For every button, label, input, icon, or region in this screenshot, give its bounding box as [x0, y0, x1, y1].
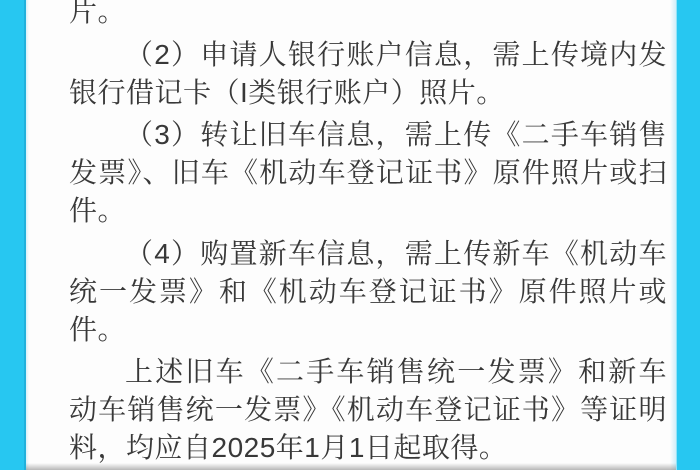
text-line: 件。	[69, 311, 667, 349]
paragraph: （3）转让旧车信息，需上传《二手车销售统一发票》、旧车《机动车登记证书》原件照片…	[69, 116, 667, 230]
text-line: （4）购置新车信息，需上传新车《机动车销售	[69, 235, 667, 273]
content-card: 片。（2）申请人银行账户信息，需上传境内发行的银行借记卡（I类银行账户）照片。（…	[24, 0, 677, 470]
text-line: 料，均应自2025年1月1日起取得。	[69, 429, 667, 467]
text-line: （3）转让旧车信息，需上传《二手车销售统一	[69, 116, 667, 154]
text-line: 统一发票》和《机动车登记证书》原件照片或扫描	[69, 273, 667, 311]
paragraph: （2）申请人银行账户信息，需上传境内发行的银行借记卡（I类银行账户）照片。	[69, 36, 667, 112]
paragraph: 片。	[69, 0, 667, 31]
paragraph: （4）购置新车信息，需上传新车《机动车销售统一发票》和《机动车登记证书》原件照片…	[69, 235, 667, 349]
left-border	[0, 0, 26, 470]
document-body: 片。（2）申请人银行账户信息，需上传境内发行的银行借记卡（I类银行账户）照片。（…	[69, 0, 667, 470]
text-line: （2）申请人银行账户信息，需上传境内发行的	[69, 36, 667, 74]
text-line: 动车销售统一发票》《机动车登记证书》等证明材	[69, 391, 667, 429]
paragraph: 上述旧车《二手车销售统一发票》和新车《机动车销售统一发票》《机动车登记证书》等证…	[69, 353, 667, 467]
text-line: 件。	[69, 192, 667, 230]
right-border	[676, 0, 700, 470]
text-line: 银行借记卡（I类银行账户）照片。	[69, 74, 667, 112]
text-line: 上述旧车《二手车销售统一发票》和新车《机	[69, 353, 667, 391]
text-line: 发票》、旧车《机动车登记证书》原件照片或扫描	[69, 154, 667, 192]
text-line: 片。	[69, 0, 667, 31]
